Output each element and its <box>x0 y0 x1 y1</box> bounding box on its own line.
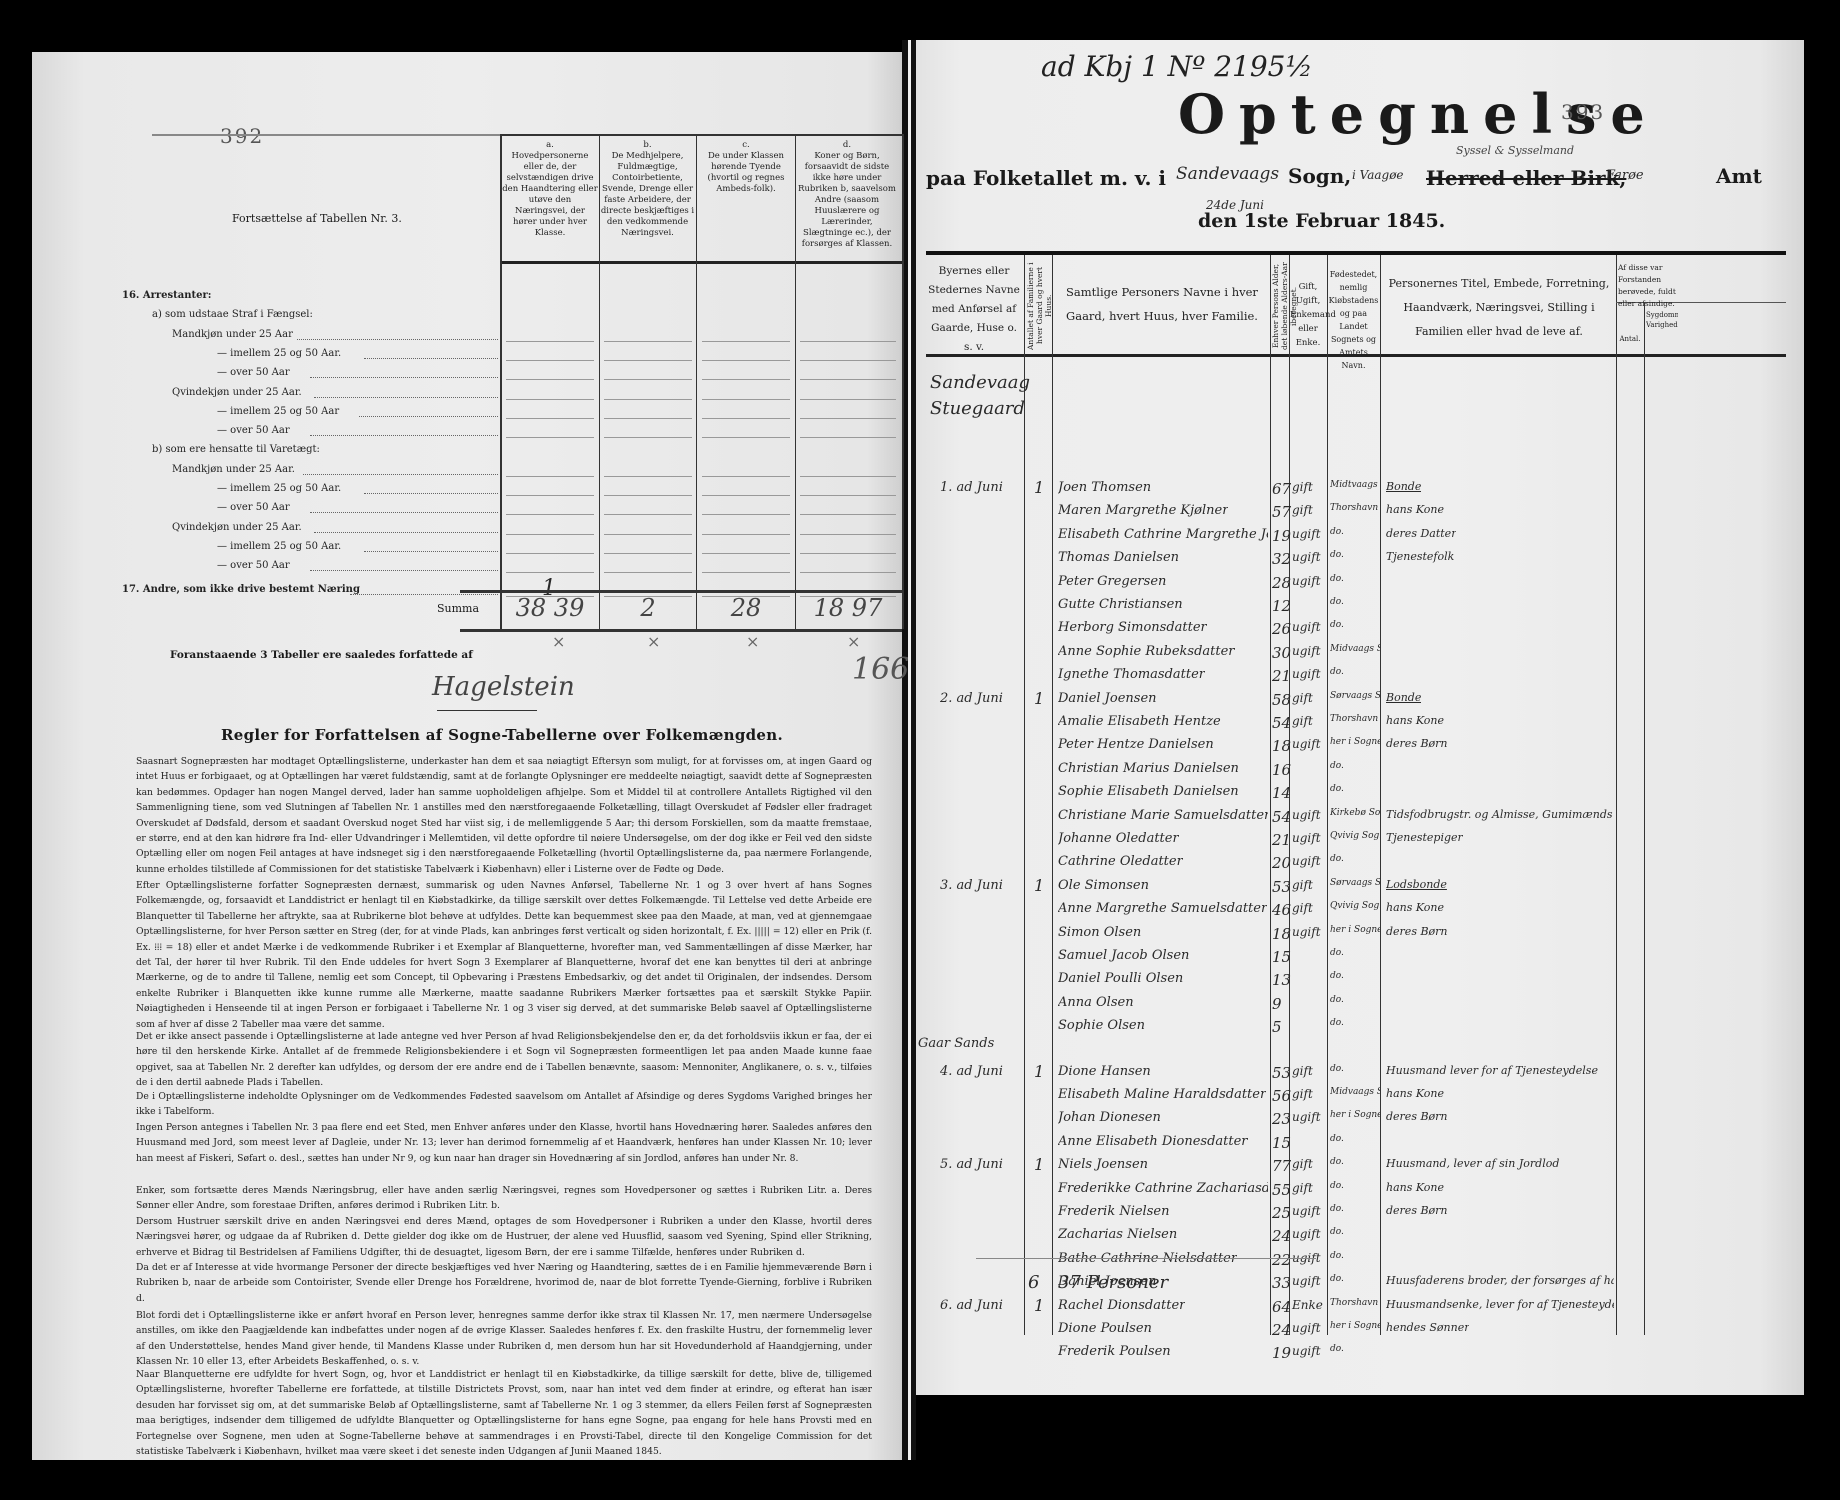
cell-rule <box>800 399 896 400</box>
person-age: 56 <box>1272 1087 1291 1105</box>
person-name: Dione Poulsen <box>1058 1321 1152 1336</box>
person-age: 13 <box>1272 971 1291 989</box>
person-name: Ignethe Thomasdatter <box>1058 667 1205 682</box>
person-occupation: Huusmandsenke, lever for af Tjenesteydel… <box>1386 1298 1614 1311</box>
person-birthplace: do. <box>1330 1251 1344 1261</box>
cell-rule <box>506 572 594 573</box>
person-birthplace: Qvivig Sogn <box>1330 831 1380 841</box>
col-header-insane: Af disse var Forstanden berøvede, fuldt … <box>1618 262 1678 310</box>
person-age: 54 <box>1272 714 1291 732</box>
person-age: 53 <box>1272 1064 1291 1082</box>
signed-by-label: Foranstaaende 3 Tabeller ere saaledes fo… <box>170 649 473 661</box>
person-birthplace: do. <box>1330 1227 1344 1237</box>
person-age: 19 <box>1272 527 1291 545</box>
rule-paragraph: 1.Saasnart Sognepræsten har modtaget Opt… <box>136 754 872 878</box>
cell-rule <box>800 379 896 380</box>
district-name: i Vaagøe <box>1352 168 1404 182</box>
subtitle-prefix: paa Folketallet m. v. i <box>926 166 1166 190</box>
person-name: Peter Hentze Danielsen <box>1058 737 1214 752</box>
person-age: 33 <box>1272 1274 1291 1292</box>
house-number: 5. ad Juni <box>940 1157 1003 1172</box>
cell-rule <box>604 553 692 554</box>
person-marital-status: ugift <box>1292 644 1321 658</box>
cell-rule <box>506 418 594 419</box>
person-name: Niels Joensen <box>1058 1157 1148 1172</box>
cell-rule <box>702 514 790 515</box>
cell-rule <box>702 418 790 419</box>
date-line: den 1ste Februar 1845. <box>1198 210 1445 232</box>
person-birthplace: Midtvaags Sogn <box>1330 480 1380 490</box>
person-birthplace: her i Sognet <box>1330 925 1380 935</box>
person-marital-status: ugift <box>1292 620 1321 634</box>
person-marital-status: gift <box>1292 503 1313 517</box>
table-row-label: a) som udstaae Straf i Fængsel: <box>152 309 313 320</box>
rule-text: Efter Optællingslisterne forfatter Sogne… <box>136 880 872 1029</box>
cell-rule <box>702 553 790 554</box>
person-marital-status: ugift <box>1292 1204 1321 1218</box>
leader-dots <box>314 532 498 533</box>
family-count: 1 <box>1034 1062 1044 1081</box>
column-header-c: c.De under Klassen hørende Tyende (hvort… <box>698 140 794 195</box>
family-count: 1 <box>1034 1296 1044 1315</box>
column-letter: d. <box>796 140 898 151</box>
person-occupation: deres Børn <box>1386 1204 1448 1217</box>
person-occupation: deres Børn <box>1386 925 1448 938</box>
check-mark-c: × <box>746 632 759 651</box>
person-birthplace: do. <box>1330 527 1344 537</box>
cell-rule <box>702 437 790 438</box>
person-birthplace: Thorshavn <box>1330 503 1378 513</box>
table-row-label: — imellem 25 og 50 Aar <box>217 406 339 417</box>
person-age: 24 <box>1272 1227 1291 1245</box>
cell-rule <box>506 341 594 342</box>
person-marital-status: ugift <box>1292 854 1321 868</box>
place-heading: Sandevaag Stuegaard <box>930 370 1020 422</box>
cell-rule <box>604 399 692 400</box>
person-occupation: Tidsfodbrugstr. og Almisse, Gumimænds væ… <box>1386 808 1614 821</box>
person-age: 55 <box>1272 1181 1291 1199</box>
person-name: Zacharias Nielsen <box>1058 1227 1177 1242</box>
person-birthplace: Sørvaags Sogn <box>1330 691 1380 701</box>
person-name: Joen Thomsen <box>1058 480 1151 495</box>
person-birthplace: Midvaags Sogn <box>1330 644 1380 654</box>
rule-text: Ingen Person antegnes i Tabellen Nr. 3 p… <box>136 1122 872 1164</box>
person-name: Daniel Poulli Olsen <box>1058 971 1183 986</box>
person-name: Christiane Marie Samuelsdatter <box>1058 808 1268 823</box>
cell-rule <box>506 379 594 380</box>
person-marital-status: ugift <box>1292 1321 1321 1335</box>
leader-dots <box>310 435 498 436</box>
cell-rule <box>702 399 790 400</box>
person-birthplace: her i Sognet <box>1330 1110 1380 1120</box>
col-header-names: Samtlige Personers Navne i hver Gaard, h… <box>1056 280 1268 328</box>
person-name: Sophie Olsen <box>1058 1018 1145 1033</box>
cell-rule <box>800 437 896 438</box>
person-age: 9 <box>1272 995 1282 1013</box>
rule-text: Blot fordi det i Optællingslisterne ikke… <box>136 1310 872 1367</box>
total-families: 6 <box>1028 1272 1039 1293</box>
person-name: Anne Elisabeth Dionesdatter <box>1058 1134 1248 1149</box>
leader-dots <box>297 339 498 340</box>
cell-rule <box>506 437 594 438</box>
person-age: 25 <box>1272 1204 1291 1222</box>
person-marital-status: gift <box>1292 714 1313 728</box>
summa-value-d: 18 97 <box>796 594 900 622</box>
leader-dots <box>359 416 498 417</box>
table-row-label: — over 50 Aar <box>217 560 290 571</box>
cell-rule <box>506 495 594 496</box>
check-mark-d: × <box>847 632 860 651</box>
leader-dots <box>364 358 498 359</box>
table-row-label: — imellem 25 og 50 Aar. <box>217 348 341 359</box>
cell-rule <box>604 437 692 438</box>
signature: Hagelstein <box>432 672 575 702</box>
col-header-families: Antallet af Familierne i hver Gaard og h… <box>1026 262 1050 350</box>
amt-label: Amt <box>1716 164 1762 188</box>
cell-rule <box>800 476 896 477</box>
left-page: 392 Fortsættelse af Tabellen Nr. 3. a.Ho… <box>32 52 902 1460</box>
person-occupation: hans Kone <box>1386 901 1444 914</box>
person-occupation: Huusmand lever for af Tjenesteydelse <box>1386 1064 1598 1077</box>
house-number: 6. ad Juni <box>940 1298 1003 1313</box>
herred-label: Herred eller Birk, <box>1426 166 1626 190</box>
person-birthplace: do. <box>1330 550 1344 560</box>
person-name: Johanne Oledatter <box>1058 831 1179 846</box>
rule-paragraph: 7.Dersom Hustruer særskilt drive en ande… <box>136 1214 872 1260</box>
person-name: Thomas Danielsen <box>1058 550 1179 565</box>
parish-name: Sandevaags <box>1176 164 1279 184</box>
person-occupation: hans Kone <box>1386 1181 1444 1194</box>
person-age: 57 <box>1272 503 1291 521</box>
table-row-label: b) som ere hensatte til Varetægt: <box>152 444 320 455</box>
rule-paragraph: 5.Ingen Person antegnes i Tabellen Nr. 3… <box>136 1120 872 1183</box>
person-name: Gutte Christiansen <box>1058 597 1183 612</box>
person-age: 15 <box>1272 948 1291 966</box>
cell-rule <box>702 379 790 380</box>
person-occupation: Huusmand, lever af sin Jordlod <box>1386 1157 1559 1170</box>
person-age: 26 <box>1272 620 1291 638</box>
person-birthplace: do. <box>1330 1018 1344 1028</box>
person-marital-status: ugift <box>1292 831 1321 845</box>
leader-dots <box>364 551 498 552</box>
rule-paragraph: 8.Da det er af Interesse at vide hvorman… <box>136 1260 872 1308</box>
person-name: Elisabeth Maline Haraldsdatter <box>1058 1087 1266 1102</box>
column-header-text: Koner og Børn, forsaavidt de sidste ikke… <box>796 151 898 250</box>
cell-rule <box>604 534 692 535</box>
column-letter: a. <box>502 140 598 151</box>
table-row-label: 16. Arrestanter: <box>122 290 211 301</box>
person-occupation: Tjenestefolk <box>1386 550 1454 563</box>
person-age: 12 <box>1272 597 1291 615</box>
cell-rule <box>604 495 692 496</box>
person-name: Amalie Elisabeth Hentze <box>1058 714 1221 729</box>
person-marital-status: ugift <box>1292 527 1321 541</box>
herred-overwrite: Syssel & Sysselmand <box>1456 144 1574 157</box>
person-birthplace: do. <box>1330 574 1344 584</box>
person-age: 24 <box>1272 1321 1291 1339</box>
amt-name: Farøe <box>1606 168 1644 183</box>
cell-rule <box>800 534 896 535</box>
person-occupation: deres Datter <box>1386 527 1456 540</box>
rule-paragraph: 10.Naar Blanquetterne ere udfyldte for h… <box>136 1367 872 1477</box>
col-subheader-count: Antal. <box>1616 330 1644 349</box>
check-mark-b: × <box>647 632 660 651</box>
table-row-label: Qvindekjøn under 25 Aar. <box>172 387 302 398</box>
person-birthplace: do. <box>1330 1344 1344 1354</box>
person-birthplace: do. <box>1330 761 1344 771</box>
person-age: 64 <box>1272 1298 1291 1316</box>
person-name: Anne Margrethe Samuelsdatter <box>1058 901 1267 916</box>
person-age: 14 <box>1272 784 1291 802</box>
person-birthplace: do. <box>1330 1204 1344 1214</box>
page-number-right: 393 <box>1561 100 1605 124</box>
person-age: 53 <box>1272 878 1291 896</box>
cell-rule <box>800 572 896 573</box>
household-place: Gaar Sands <box>918 1036 994 1051</box>
person-name: Dione Hansen <box>1058 1064 1151 1079</box>
table-row-label: — imellem 25 og 50 Aar. <box>217 483 341 494</box>
rule-paragraph: 2.Efter Optællingslisterne forfatter Sog… <box>136 878 872 1029</box>
cell-rule <box>506 476 594 477</box>
person-marital-status: ugift <box>1292 1274 1321 1288</box>
house-number: 2. ad Juni <box>940 691 1003 706</box>
rule-text: Dersom Hustruer særskilt drive en anden … <box>136 1216 872 1258</box>
person-age: 77 <box>1272 1157 1291 1175</box>
person-occupation: hans Kone <box>1386 1087 1444 1100</box>
person-occupation: Bonde <box>1386 691 1421 704</box>
family-count: 1 <box>1034 478 1044 497</box>
col-header-age: Enhver Persons Alder, det løbende Alders… <box>1271 262 1288 350</box>
person-birthplace: her i Sognet <box>1330 1321 1380 1331</box>
person-age: 21 <box>1272 667 1291 685</box>
person-name: Christian Marius Danielsen <box>1058 761 1239 776</box>
person-age: 18 <box>1272 925 1291 943</box>
table-row-label: — over 50 Aar <box>217 425 290 436</box>
page-number-left: 392 <box>220 124 264 148</box>
person-name: Cathrine Oledatter <box>1058 854 1183 869</box>
cell-rule <box>604 476 692 477</box>
col-subheader-duration: Sygdommens Varighed. <box>1646 310 1678 330</box>
table-row-label: 17. Andre, som ikke drive bestemt Næring <box>122 584 360 595</box>
person-birthplace: Thorshavn <box>1330 1298 1378 1308</box>
person-birthplace: do. <box>1330 667 1344 677</box>
person-occupation: hendes Sønner <box>1386 1321 1469 1334</box>
person-birthplace: Sørvaags Sogn <box>1330 878 1380 888</box>
cell-rule <box>800 360 896 361</box>
cell-rule <box>800 495 896 496</box>
table-row-label: Mandkjøn under 25 Aar <box>172 329 293 340</box>
person-age: 18 <box>1272 737 1291 755</box>
summa-bottom-rule <box>460 629 902 632</box>
person-name: Maren Margrethe Kjølner <box>1058 503 1228 518</box>
total-annotation: 166 <box>852 652 909 687</box>
person-name: Samuel Jacob Olsen <box>1058 948 1189 963</box>
cell-rule <box>800 553 896 554</box>
person-marital-status: gift <box>1292 691 1313 705</box>
column-header-text: De Medhjelpere, Fuldmægtige, Contoirbeti… <box>600 151 695 239</box>
person-name: Herborg Simonsdatter <box>1058 620 1207 635</box>
cell-rule <box>702 476 790 477</box>
summa-top-rule <box>460 590 902 593</box>
person-age: 46 <box>1272 901 1291 919</box>
person-birthplace: her i Sognet <box>1330 737 1380 747</box>
person-marital-status: ugift <box>1292 1344 1321 1358</box>
house-number: 4. ad Juni <box>940 1064 1003 1079</box>
column-header-text: Hovedpersonerne eller de, der selvstændi… <box>502 151 598 239</box>
cell-rule <box>604 379 692 380</box>
person-name: Sophie Elisabeth Danielsen <box>1058 784 1239 799</box>
col-header-marital: Gift, Ugift, Enkemand eller Enke. <box>1290 280 1326 350</box>
rule-paragraph: 9.Blot fordi det i Optællingslisterne ik… <box>136 1308 872 1367</box>
person-occupation: Lodsbonde <box>1386 878 1447 891</box>
person-birthplace: do. <box>1330 597 1344 607</box>
cell-rule <box>702 495 790 496</box>
person-marital-status: ugift <box>1292 574 1321 588</box>
person-age: 28 <box>1272 574 1291 592</box>
person-name: Peter Gregersen <box>1058 574 1166 589</box>
person-occupation: Tjenestepiger <box>1386 831 1463 844</box>
column-header-text: De under Klassen hørende Tyende (hvortil… <box>698 151 794 195</box>
person-name: Johan Dionesen <box>1058 1110 1161 1125</box>
cell-rule <box>800 341 896 342</box>
person-age: 23 <box>1272 1110 1291 1128</box>
house-number: 3. ad Juni <box>940 878 1003 893</box>
leader-dots <box>310 570 498 571</box>
person-birthplace: do. <box>1330 971 1344 981</box>
person-age: 32 <box>1272 550 1291 568</box>
person-age: 58 <box>1272 691 1291 709</box>
person-occupation: Bonde <box>1386 480 1421 493</box>
person-age: 21 <box>1272 831 1291 849</box>
person-birthplace: do. <box>1330 995 1344 1005</box>
cell-rule <box>604 572 692 573</box>
person-age: 67 <box>1272 480 1291 498</box>
cell-rule <box>506 553 594 554</box>
family-count: 1 <box>1034 689 1044 708</box>
leader-dots <box>303 474 498 475</box>
person-occupation: hans Kone <box>1386 503 1444 516</box>
summa-value-a: 38 39 <box>502 594 598 622</box>
person-name: Ole Simonsen <box>1058 878 1149 893</box>
rule-text: De i Optællingslisterne indeholdte Oplys… <box>136 1091 872 1117</box>
person-birthplace: do. <box>1330 620 1344 630</box>
person-marital-status: ugift <box>1292 808 1321 822</box>
person-age: 19 <box>1272 1344 1291 1362</box>
person-marital-status: gift <box>1292 1087 1313 1101</box>
person-name: Elisabeth Cathrine Margrethe Joensen <box>1058 527 1268 542</box>
person-birthplace: do. <box>1330 854 1344 864</box>
person-age: 54 <box>1272 808 1291 826</box>
person-age: 5 <box>1272 1018 1282 1036</box>
rule-text: Saasnart Sognepræsten har modtaget Optæl… <box>136 756 872 875</box>
person-age: 20 <box>1272 854 1291 872</box>
summa-label: Summa <box>437 602 479 615</box>
leader-dots <box>364 493 498 494</box>
person-birthplace: do. <box>1330 1274 1344 1284</box>
rule-paragraph: 6.Enker, som fortsætte deres Mænds Nærin… <box>136 1183 872 1214</box>
table-body-box <box>500 262 904 629</box>
person-occupation: hans Kone <box>1386 714 1444 727</box>
person-marital-status: Enke <box>1292 1298 1323 1312</box>
column-header-d: d.Koner og Børn, forsaavidt de sidste ik… <box>796 140 898 250</box>
person-marital-status: gift <box>1292 878 1313 892</box>
cell-rule <box>800 514 896 515</box>
rule-text: Da det er af Interesse at vide hvormange… <box>136 1262 872 1304</box>
column-letter: b. <box>600 140 695 151</box>
family-count: 1 <box>1034 1155 1044 1174</box>
cell-rule <box>604 341 692 342</box>
person-marital-status: ugift <box>1292 667 1321 681</box>
person-name: Daniel Joensen <box>1058 691 1157 706</box>
person-birthplace: Kirkebø Sogn <box>1330 808 1380 818</box>
total-persons: 37 Personer <box>1058 1272 1168 1293</box>
person-marital-status: gift <box>1292 480 1313 494</box>
column-header-a: a.Hovedpersonerne eller de, der selvstæn… <box>502 140 598 239</box>
person-marital-status: gift <box>1292 1181 1313 1195</box>
cell-rule <box>800 418 896 419</box>
cell-rule <box>702 572 790 573</box>
col-header-occupation: Personernes Titel, Embede, Forretning, H… <box>1384 272 1614 344</box>
gutter-line <box>908 40 911 1460</box>
table-row-label: Qvindekjøn under 25 Aar. <box>172 522 302 533</box>
rule-paragraph: 4.De i Optællingslisterne indeholdte Opl… <box>136 1089 872 1120</box>
cell-rule <box>702 360 790 361</box>
leader-dots <box>310 377 498 378</box>
table-row-label: — over 50 Aar <box>217 502 290 513</box>
person-birthplace: do. <box>1330 948 1344 958</box>
cell-rule <box>702 534 790 535</box>
person-marital-status: ugift <box>1292 925 1321 939</box>
header-top-rule <box>926 251 1786 255</box>
person-name: Frederikke Cathrine Zachariasdatter <box>1058 1181 1268 1196</box>
person-birthplace: do. <box>1330 1157 1344 1167</box>
person-birthplace: do. <box>1330 1064 1344 1074</box>
column-header-b: b.De Medhjelpere, Fuldmægtige, Contoirbe… <box>600 140 695 239</box>
cell-rule <box>702 341 790 342</box>
check-mark-a: × <box>552 632 565 651</box>
family-count: 1 <box>1034 876 1044 895</box>
leader-dots <box>350 594 498 595</box>
leader-dots <box>314 397 498 398</box>
summa-value-b: 2 <box>600 594 696 622</box>
cell-rule <box>506 514 594 515</box>
rules-title: Regler for Forfattelsen af Sogne-Tabelle… <box>152 726 852 744</box>
col-header-birthplace: Fødestedet, nemlig Kiøbstadens og paa La… <box>1328 268 1379 372</box>
archive-annotation: ad Kbj 1 Nº 2195½ <box>1041 50 1313 83</box>
person-birthplace: Thorshavn <box>1330 714 1378 724</box>
person-age: 15 <box>1272 1134 1291 1152</box>
ornament-rule <box>437 710 537 711</box>
person-name: Rachel Dionsdatter <box>1058 1298 1185 1313</box>
person-marital-status: gift <box>1292 1157 1313 1171</box>
cell-rule <box>604 418 692 419</box>
column-letter: c. <box>698 140 794 151</box>
table-row-label: — over 50 Aar <box>217 367 290 378</box>
house-number: 1. ad Juni <box>940 480 1003 495</box>
cell-rule <box>604 360 692 361</box>
person-name: Anne Sophie Rubeksdatter <box>1058 644 1235 659</box>
person-birthplace: Qvivig Sogn <box>1330 901 1380 911</box>
person-occupation: Huusfaderens broder, der forsørges af ha… <box>1386 1274 1614 1287</box>
cell-rule <box>604 514 692 515</box>
person-marital-status: ugift <box>1292 737 1321 751</box>
person-marital-status: ugift <box>1292 1227 1321 1241</box>
cell-rule <box>506 360 594 361</box>
total-rule <box>976 1258 1316 1259</box>
person-occupation: deres Børn <box>1386 1110 1448 1123</box>
table-caption: Fortsættelse af Tabellen Nr. 3. <box>232 212 402 225</box>
person-name: Frederik Nielsen <box>1058 1204 1169 1219</box>
